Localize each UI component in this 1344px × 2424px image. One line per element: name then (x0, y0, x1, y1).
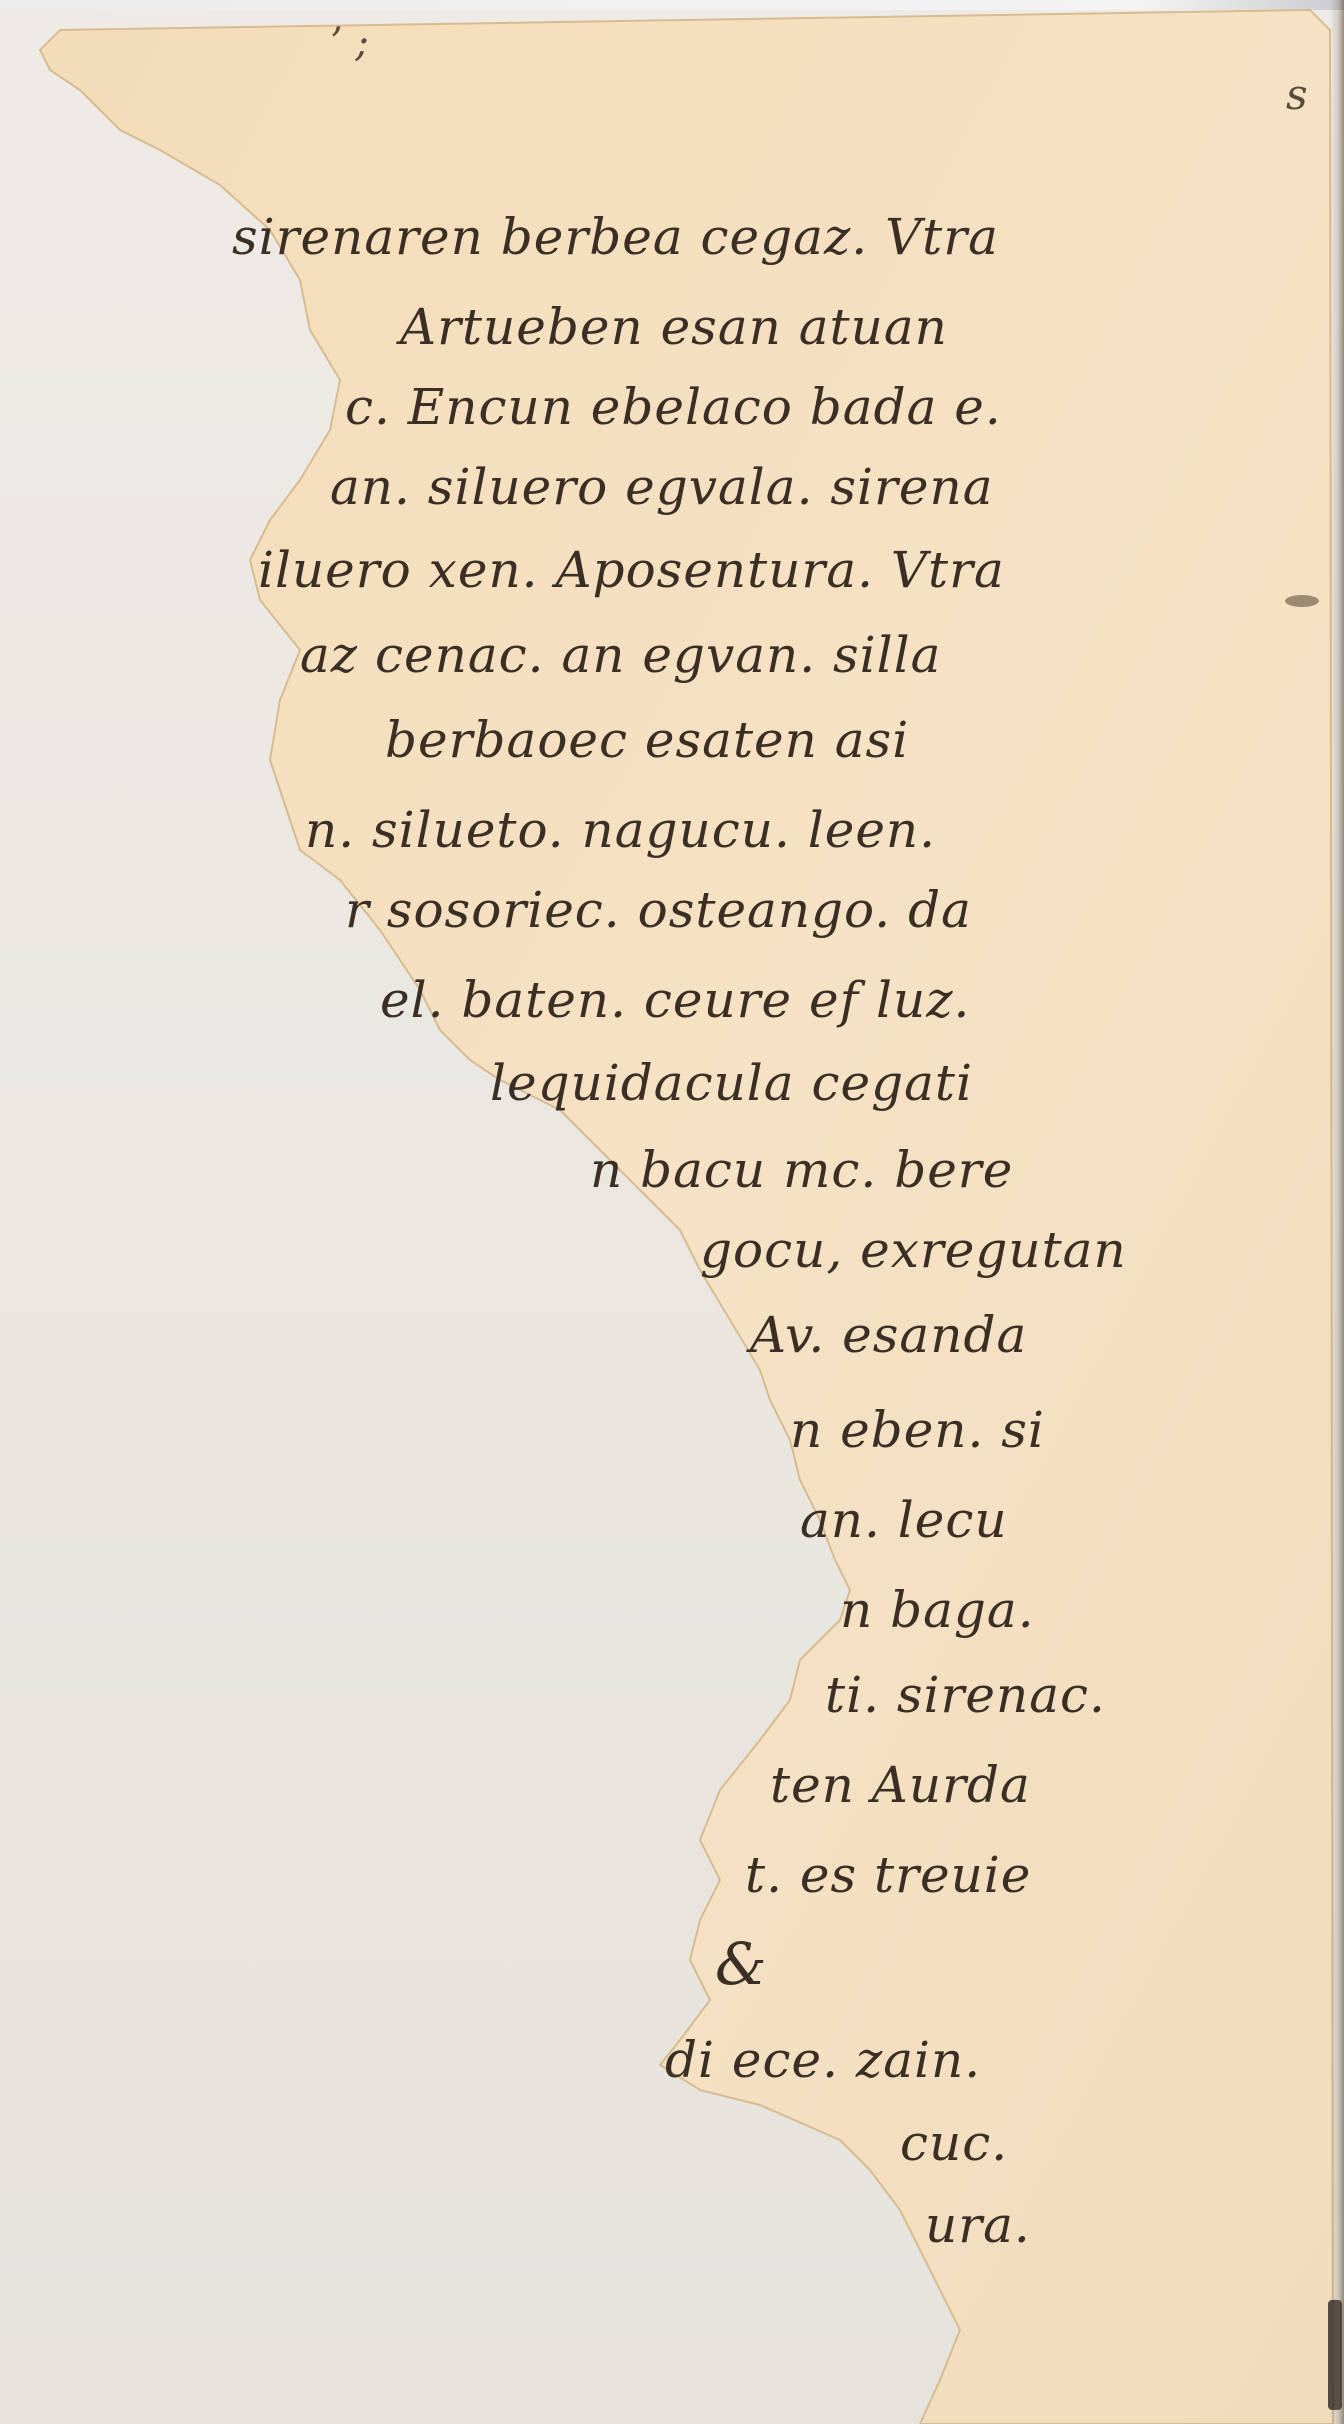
manuscript-line: lequidacula cegati (490, 1058, 973, 1108)
manuscript-line: t. es treuie (745, 1850, 1031, 1900)
page-gutter-edge (1330, 0, 1344, 2424)
manuscript-line: an. lecu (800, 1495, 1008, 1545)
manuscript-line: az cenac. an egvan. silla (300, 630, 941, 680)
page-corner-mark: s (1286, 70, 1308, 119)
manuscript-line: iluero xen. Aposentura. Vtra (258, 545, 1005, 595)
manuscript-line: cuc. (900, 2118, 1008, 2168)
manuscript-line: & (715, 1935, 768, 1993)
manuscript-line: n. silueto. nagucu. leen. (305, 805, 936, 855)
manuscript-line: an. siluero egvala. sirena (330, 462, 994, 512)
manuscript-line: Av. esanda (750, 1310, 1027, 1360)
manuscript-line: n baga. (840, 1585, 1035, 1635)
manuscript-line: el. baten. ceure ef luz. (380, 975, 970, 1025)
manuscript-line: berbaoec esaten asi (385, 715, 909, 765)
manuscript-line: n bacu mc. bere (590, 1145, 1013, 1195)
ink-blot (1285, 595, 1319, 607)
manuscript-line: Artueben esan atuan (400, 302, 948, 352)
top-ink-marks: ’ ; (330, 20, 369, 66)
manuscript-line: n eben. si (790, 1405, 1045, 1455)
manuscript-line: ti. sirenac. (825, 1670, 1106, 1720)
manuscript-line: gocu, exregutan (700, 1225, 1127, 1275)
manuscript-line: r sosoriec. osteango. da (345, 885, 972, 935)
manuscript-line: ten Aurda (770, 1760, 1031, 1810)
manuscript-line: c. Encun ebelaco bada e. (345, 382, 1002, 432)
manuscript-line: di ece. zain. (665, 2035, 981, 2085)
manuscript-line: sirenaren berbea cegaz. Vtra (232, 212, 999, 262)
manuscript-line: ura. (925, 2200, 1031, 2250)
